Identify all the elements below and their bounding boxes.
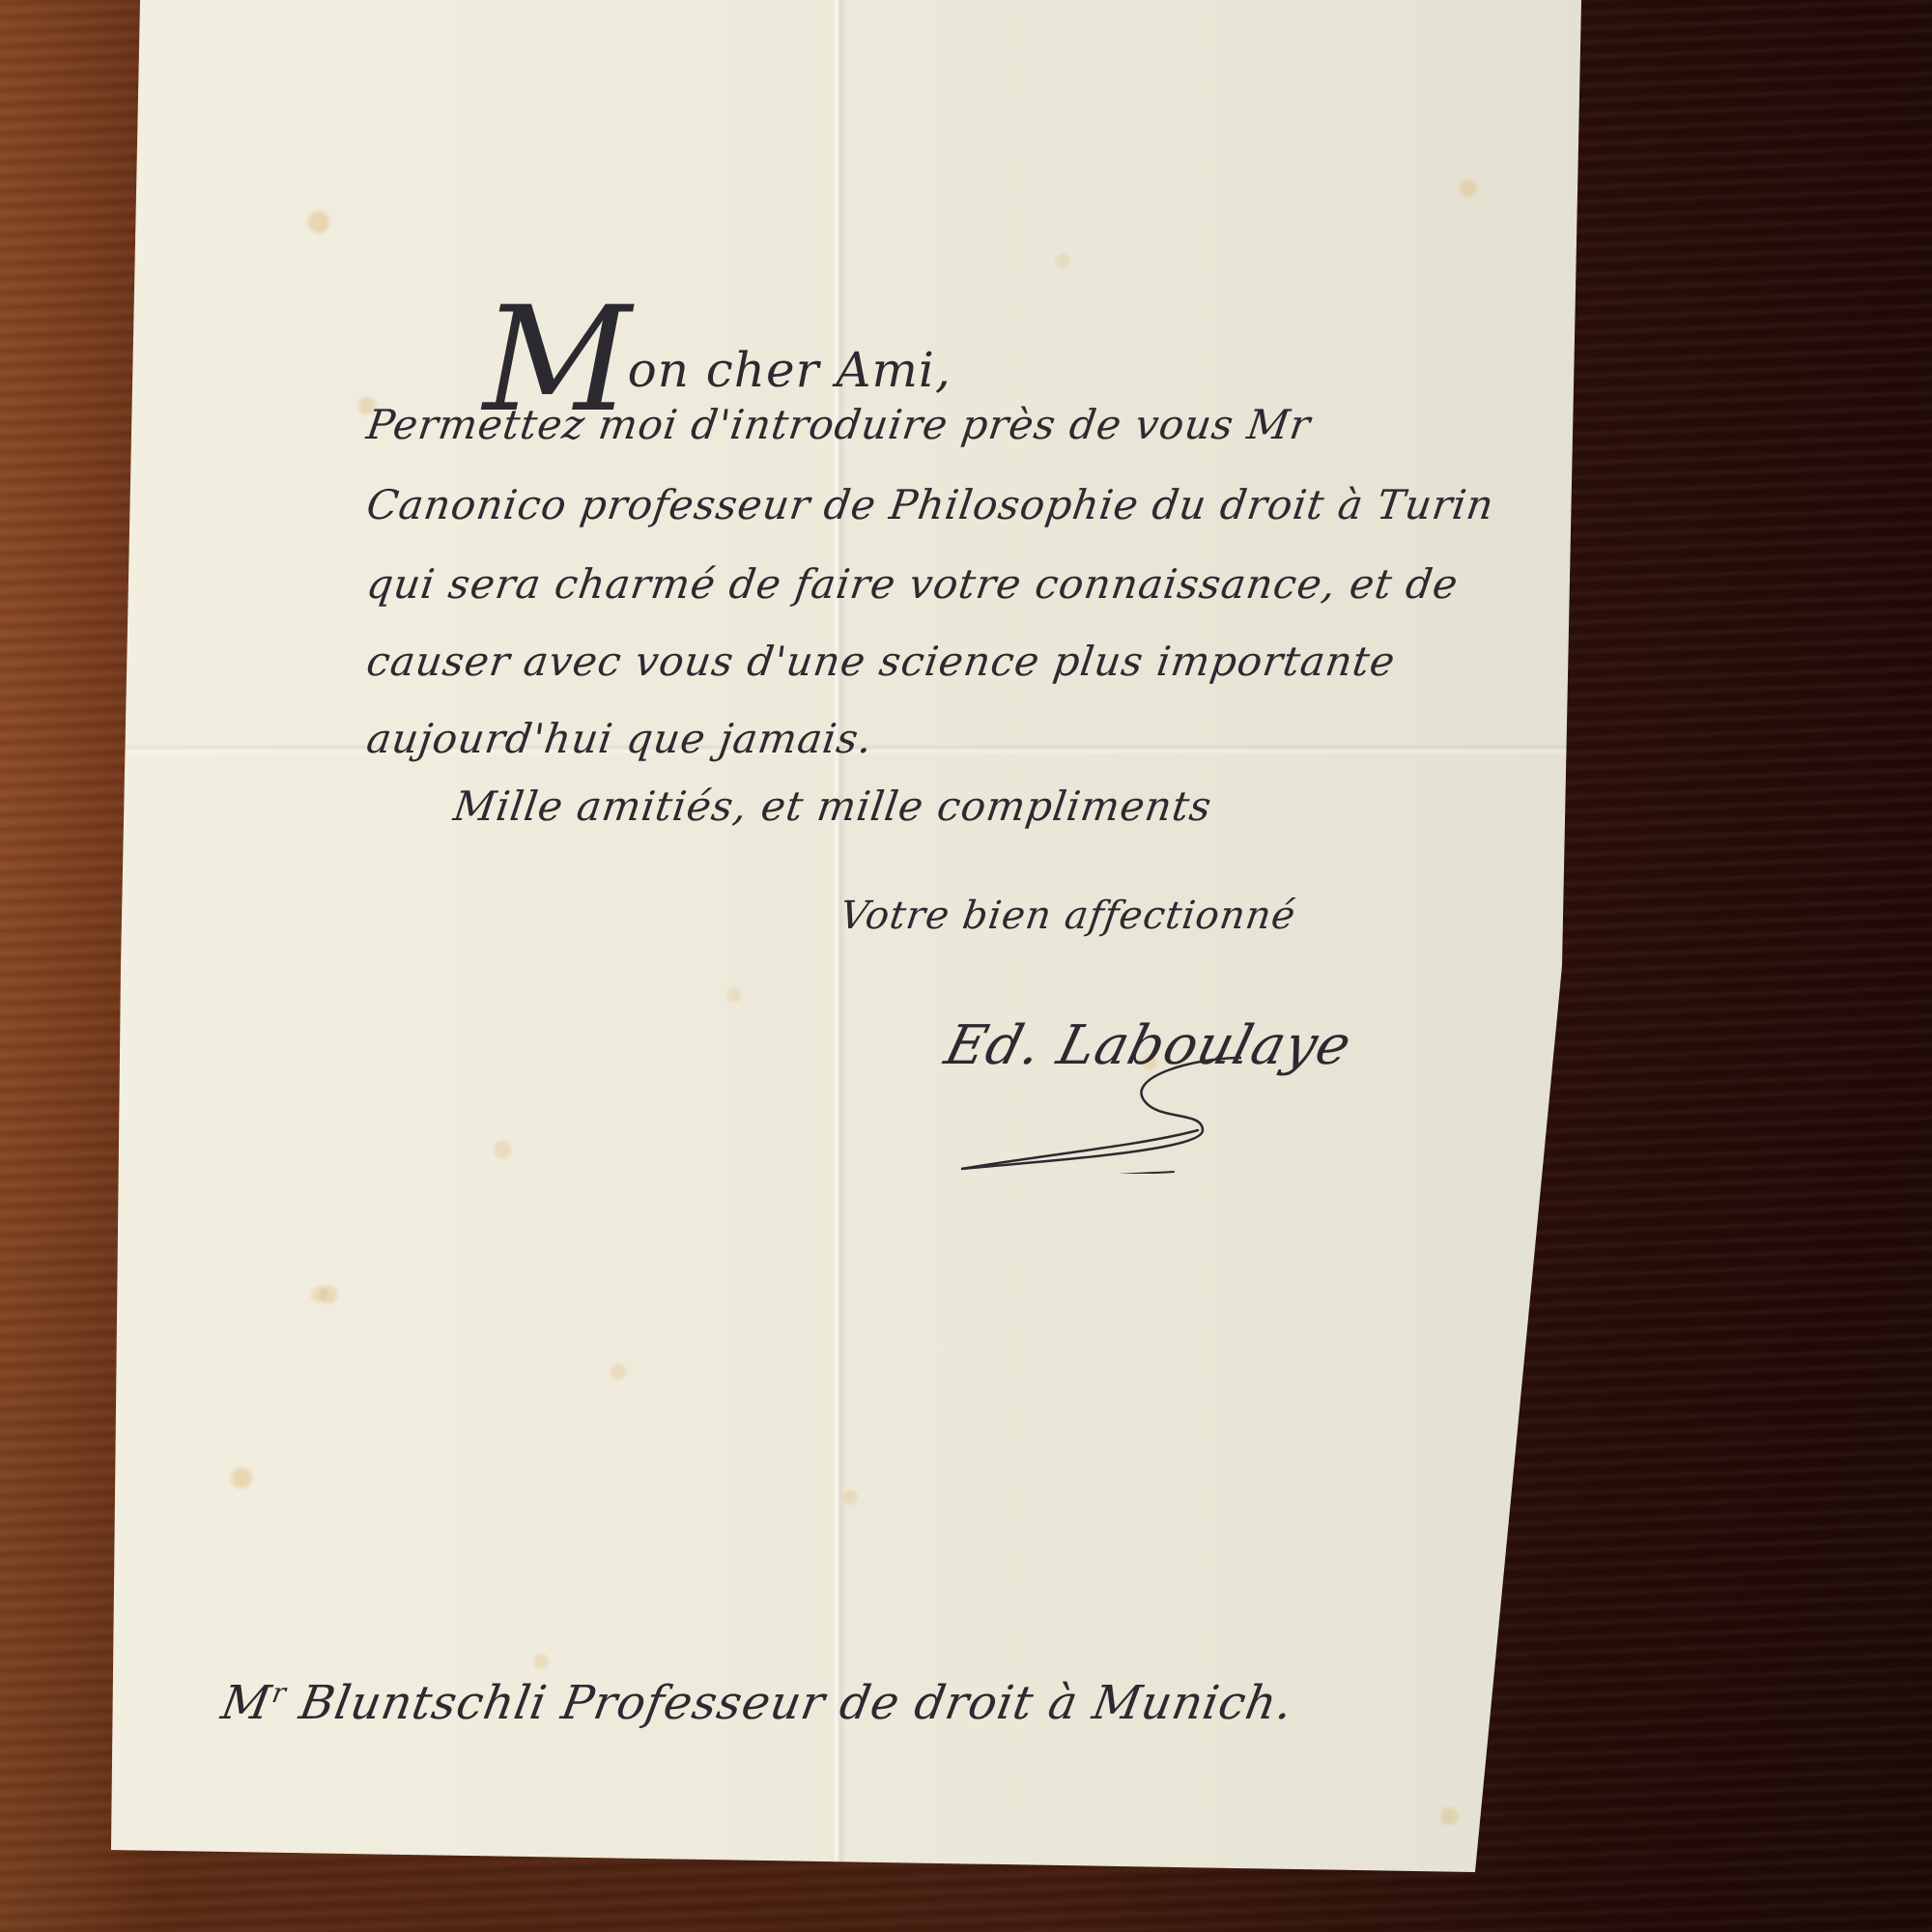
- body-line-1: Permettez moi d'introduire près de vous …: [364, 401, 1315, 448]
- body-line-3: qui sera charmé de faire votre connaissa…: [364, 560, 1462, 608]
- salutation: Mon cher Ami,: [483, 253, 952, 421]
- address-text: Bluntschli Professeur de droit à Munich.: [280, 1676, 1297, 1730]
- address-title: M: [217, 1676, 275, 1730]
- signature-flourish-icon: [952, 1038, 1241, 1174]
- body-line-2: Canonico professeur de Philosophie du dr…: [364, 481, 1497, 528]
- recipient-address: Mr Bluntschli Professeur de droit à Muni…: [217, 1676, 1297, 1730]
- body-line-4: causer avec vous d'une science plus impo…: [364, 638, 1399, 685]
- body-line-5: aujourd'hui que jamais.: [364, 715, 876, 762]
- body-line-6: Mille amitiés, et mille compliments: [451, 782, 1215, 830]
- salutation-text: on cher Ami,: [628, 342, 952, 398]
- closing: Votre bien affectionné: [838, 894, 1299, 938]
